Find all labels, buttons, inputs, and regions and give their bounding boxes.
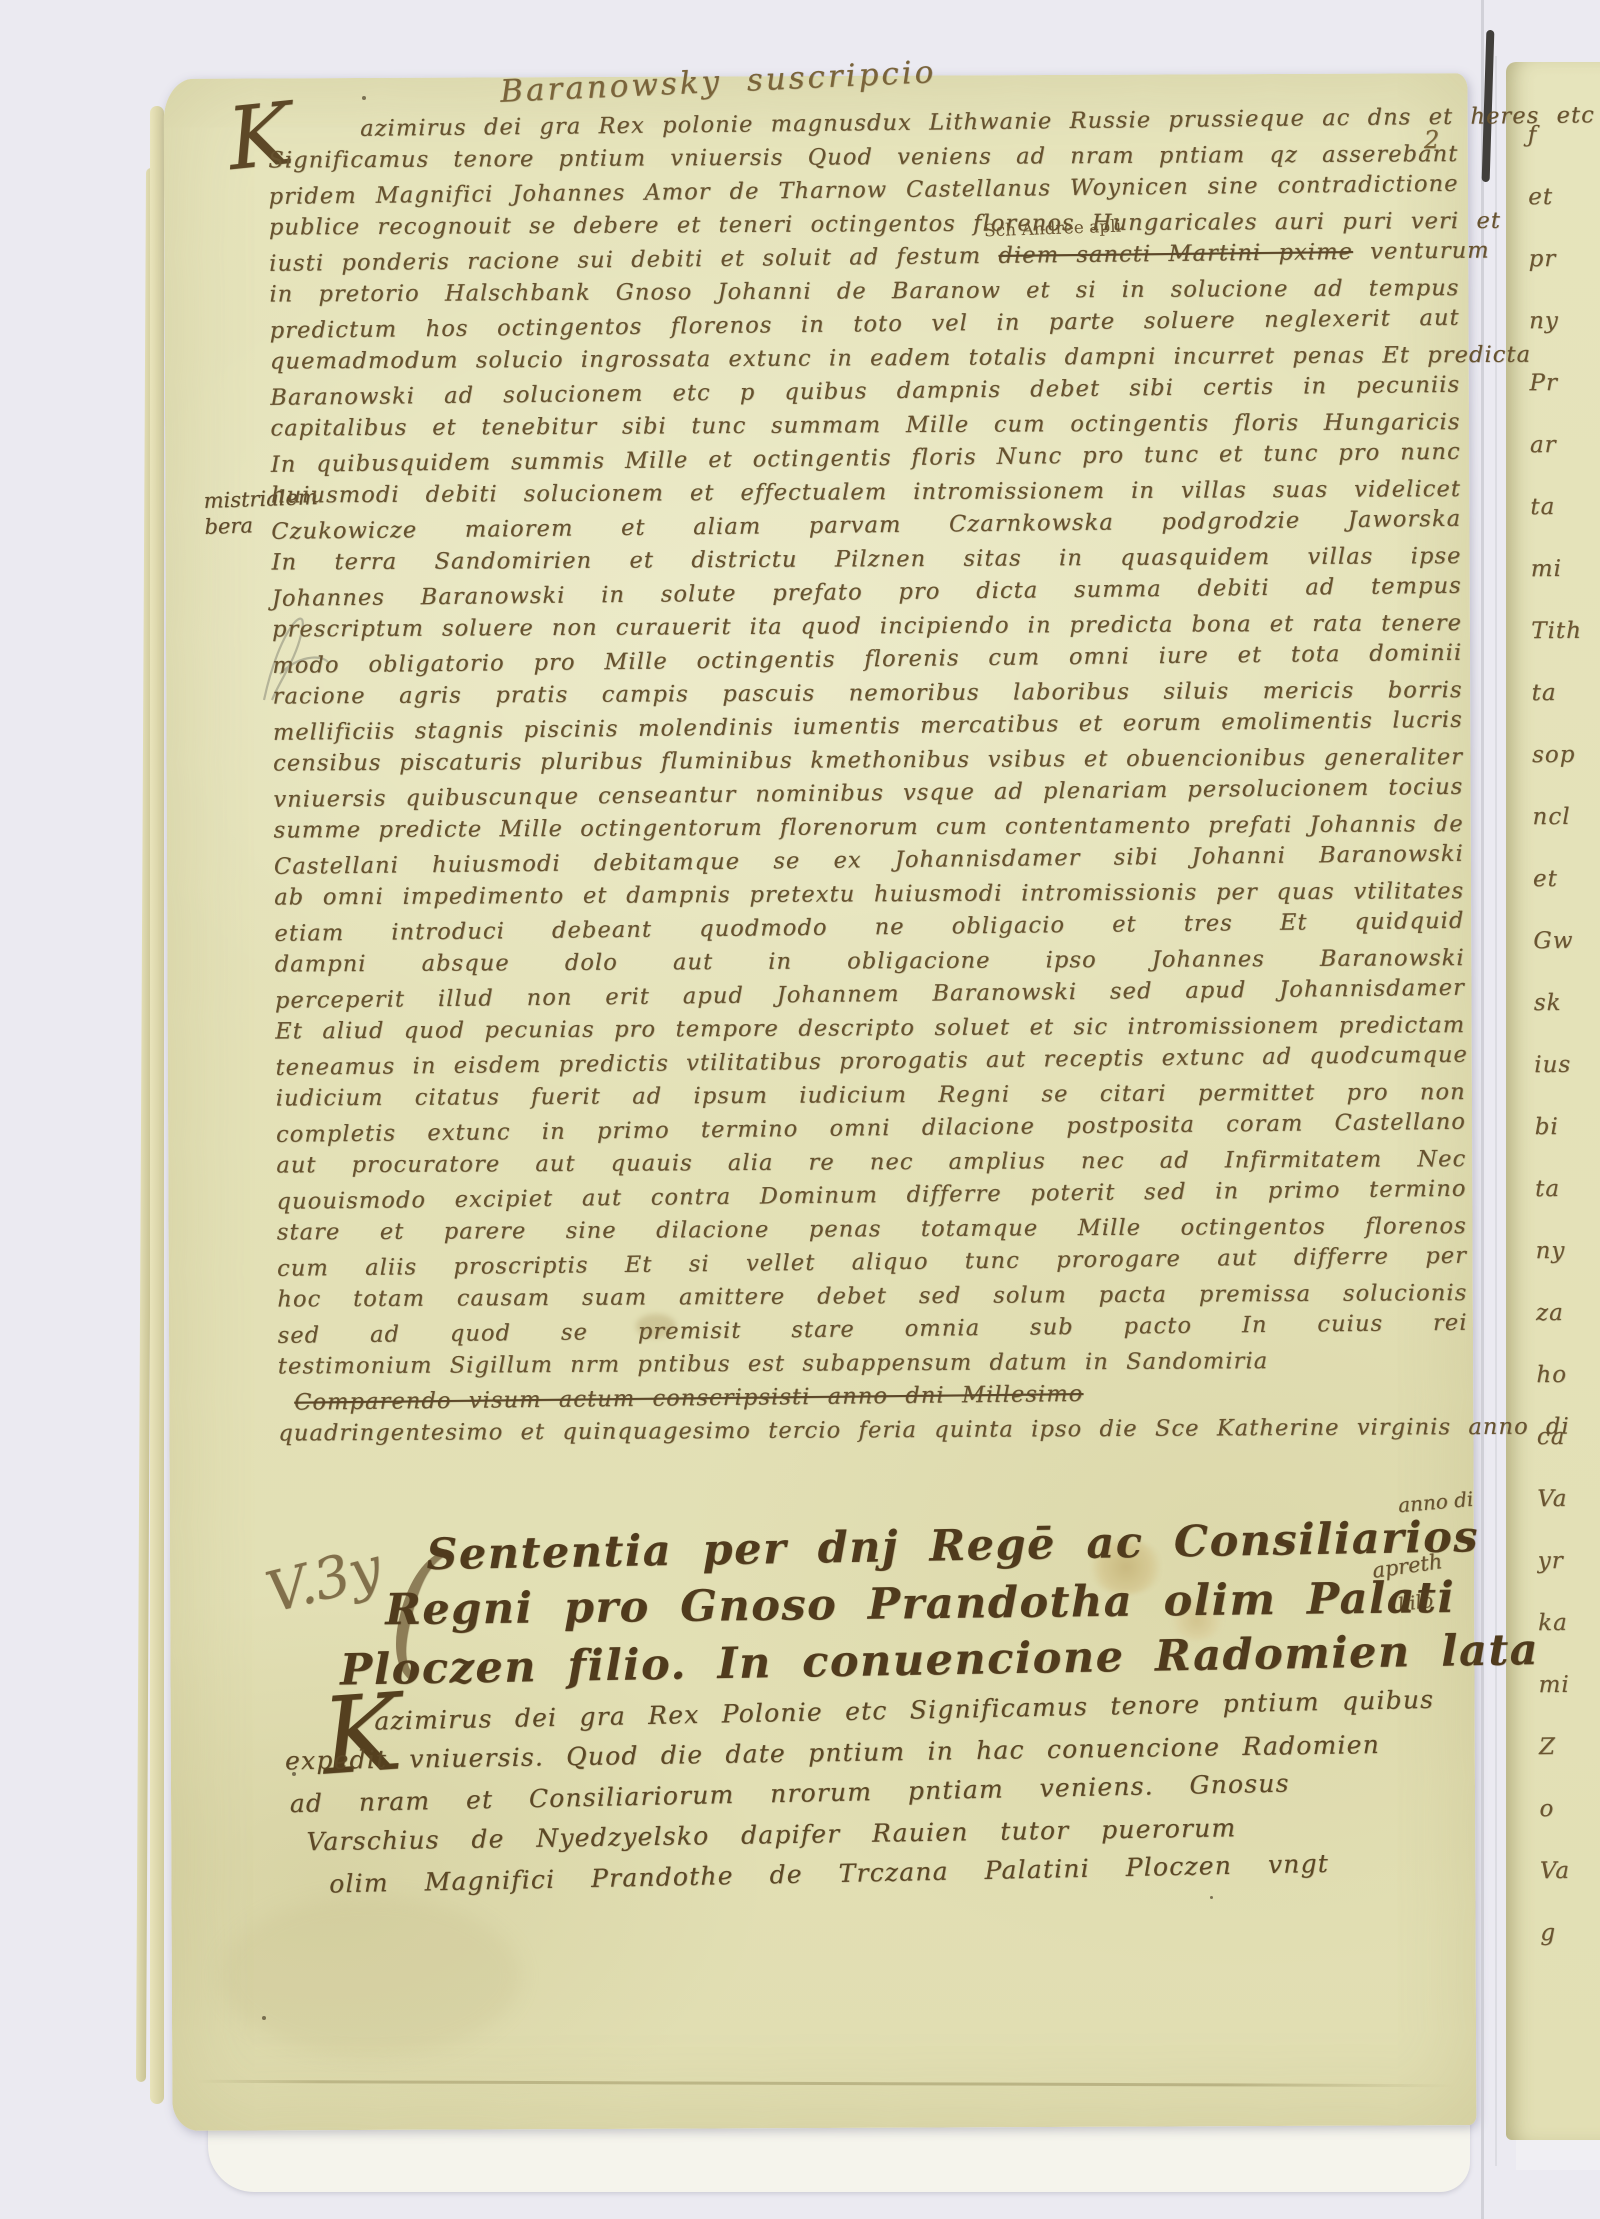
text-fragment: ho — [1536, 1344, 1587, 1406]
line-text: racione agris pratis campis pascuis nemo… — [273, 677, 1463, 709]
text-fragment: ius — [1534, 1034, 1585, 1096]
line-text: In terra Sandomirien et districtu Pilzne… — [271, 543, 1461, 575]
text-fragment: ka — [1538, 1592, 1589, 1654]
text-fragment: et — [1528, 166, 1579, 228]
text-fragment: Va — [1537, 1468, 1588, 1530]
text-fragment: bi — [1534, 1096, 1585, 1158]
text-fragment: ta — [1531, 662, 1582, 724]
text-fragment: pr — [1528, 228, 1579, 290]
line-text: prescriptum soluere non curauerit ita qu… — [272, 610, 1462, 642]
text-fragment: ta — [1530, 476, 1581, 538]
ink-speck — [362, 96, 366, 100]
text-fragment: ncl — [1532, 786, 1583, 848]
text-fragment: Tith — [1531, 600, 1582, 662]
text-fragment: za — [1536, 1282, 1587, 1344]
line-text: quadringentesimo et quinquagesimo tercio… — [278, 1413, 1569, 1446]
line-text: Significamus tenore pntium vniuersis Quo… — [268, 141, 1458, 173]
sentence-heading-block: Sententia per dnj Regē ac Consiliarios R… — [268, 1512, 1400, 1699]
line-text: stare et parere sine dilacione penas tot… — [277, 1213, 1467, 1245]
text-fragment: mi — [1531, 538, 1582, 600]
line-text: publice recognouit se debere et teneri o… — [269, 207, 1501, 240]
line-text: Comparendo visum actum conscripsisti ann… — [294, 1381, 1084, 1416]
leaf-edge-stack — [150, 106, 164, 2104]
binding-gap-line — [1481, 0, 1484, 2219]
ink-speck — [1210, 1896, 1213, 1899]
line-text: dampni absque dolo aut in obligacione ip… — [275, 945, 1465, 977]
ink-speck — [262, 2016, 266, 2020]
line-text: aut procuratore aut quauis alia re nec a… — [276, 1146, 1466, 1178]
text-fragment: sop — [1532, 724, 1583, 786]
line-text: iudicium citatus fuerit ad ipsum iudiciu… — [276, 1079, 1466, 1111]
text-fragment: Pr — [1529, 352, 1580, 414]
line-text: in pretorio Halschbank Gnoso Johanni de … — [269, 275, 1459, 307]
line-text: hoc totam causam suam amittere debet sed… — [277, 1280, 1467, 1312]
text-fragment: o — [1539, 1778, 1590, 1840]
text-fragment: ny — [1535, 1220, 1586, 1282]
line-text: iusti ponderis racione sui debiti et sol… — [269, 243, 999, 277]
main-text-block: azimirus dei gra Rex polonie magnusdux L… — [268, 103, 1468, 1452]
line-text: capitalibus et tenebitur sibi tunc summa… — [270, 409, 1460, 441]
line-text: testimonium Sigillum nrm pntibus est sub… — [278, 1348, 1269, 1379]
text-fragment: mi — [1538, 1654, 1589, 1716]
line-text-struck: diem sancti Martini pxime — [998, 239, 1353, 269]
manuscript-photo: ƒetprnyPrartamiTithtasopncletGwskiusbita… — [0, 0, 1600, 2219]
text-fragment: sk — [1534, 972, 1585, 1034]
manuscript-line: quadringentesimo et quinquagesimo tercio… — [278, 1411, 1468, 1451]
line-text: huiusmodi debiti solucionem et effectual… — [271, 476, 1461, 508]
text-fragment: yr — [1537, 1530, 1588, 1592]
text-fragment: ta — [1535, 1158, 1586, 1220]
line-text: summe predicte Mille octingentorum flore… — [274, 811, 1464, 843]
text-fragment: ar — [1530, 414, 1581, 476]
text-fragment: et — [1533, 848, 1584, 910]
line-text: ab omni impedimento et dampnis pretextu … — [274, 878, 1464, 910]
line-text: venturum — [1353, 237, 1490, 265]
text-fragment: ny — [1529, 290, 1580, 352]
text-fragment: Va — [1540, 1840, 1591, 1902]
closing-text-block: azimirus dei gra Rex Polonie etc Signifi… — [268, 1682, 1421, 1905]
text-fragment: g — [1540, 1902, 1591, 1964]
text-fragment: Z — [1539, 1716, 1590, 1778]
binding-gap-line — [1495, 56, 1497, 2166]
line-text: Et aliud quod pecunias pro tempore descr… — [275, 1012, 1465, 1044]
paper-stain — [220, 1896, 520, 2056]
text-fragment: Gw — [1533, 910, 1584, 972]
line-text: censibus piscaturis pluribus fluminibus … — [273, 744, 1463, 776]
